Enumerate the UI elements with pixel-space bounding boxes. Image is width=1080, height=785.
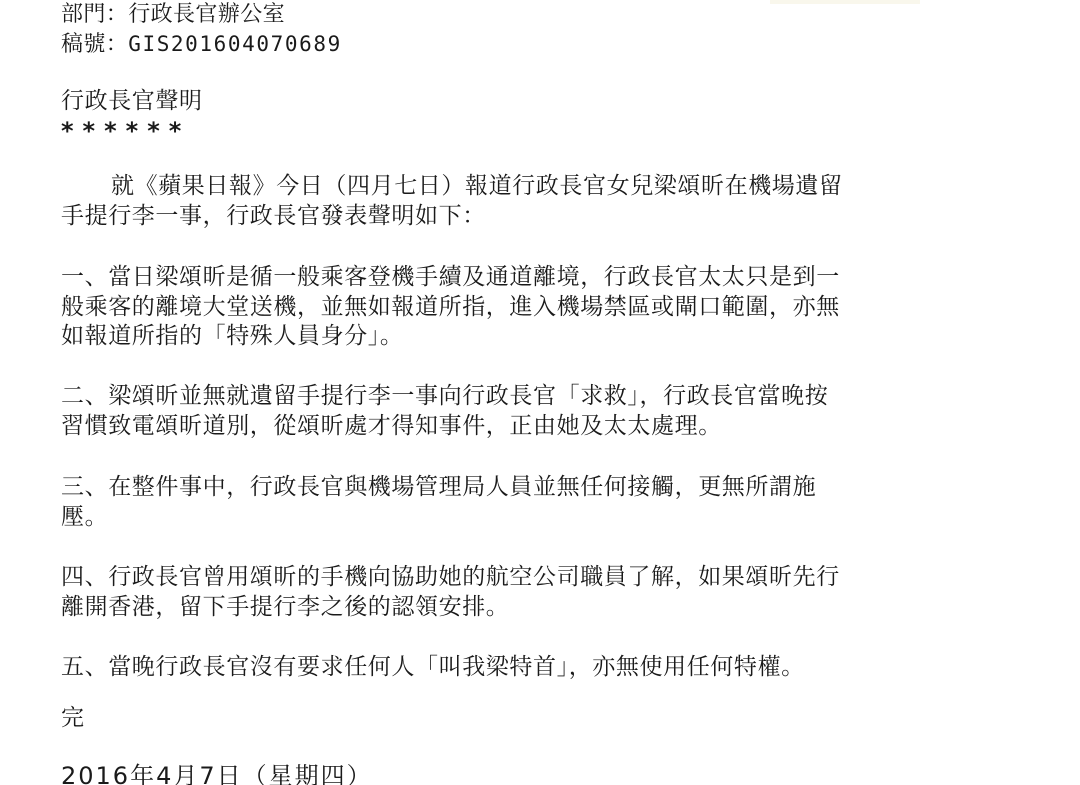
reference-label: 稿號： bbox=[61, 32, 128, 57]
end-mark: 完 bbox=[61, 704, 85, 732]
reference-number: GIS201604070689 bbox=[128, 32, 342, 56]
point-2-line-2: 習慣致電頌昕道別，從頌昕處才得知事件，正由她及太太處理。 bbox=[61, 412, 722, 440]
department-label: 部門： bbox=[61, 2, 128, 27]
intro-line-1: 就《蘋果日報》今日（四月七日）報道行政長官女兒梁頌昕在機場遺留 bbox=[61, 172, 843, 200]
point-3-line-2: 壓。 bbox=[61, 503, 108, 531]
scan-artifact bbox=[770, 0, 920, 4]
separator-stars: ****** bbox=[61, 117, 190, 145]
point-3-line-1: 三、在整件事中，行政長官與機場管理局人員並無任何接觸，更無所謂施 bbox=[61, 473, 816, 501]
point-1-line-1: 一、當日梁頌昕是循一般乘客登機手續及通道離境，行政長官太太只是到一 bbox=[61, 263, 840, 291]
reference-line: 稿號：GIS201604070689 bbox=[61, 30, 342, 59]
point-4-line-1: 四、行政長官曾用頌昕的手機向協助她的航空公司職員了解，如果頌昕先行 bbox=[61, 563, 840, 591]
statement-title: 行政長官聲明 bbox=[61, 87, 203, 115]
point-5-line-1: 五、當晚行政長官沒有要求任何人「叫我梁特首」，亦無使用任何特權。 bbox=[61, 653, 805, 681]
intro-line-2: 手提行李一事，行政長官發表聲明如下： bbox=[61, 202, 486, 230]
department-line: 部門：行政長官辦公室 bbox=[61, 1, 285, 29]
point-4-line-2: 離開香港，留下手提行李之後的認領安排。 bbox=[61, 593, 509, 621]
department-value: 行政長官辦公室 bbox=[128, 2, 285, 27]
point-2-line-1: 二、梁頌昕並無就遺留手提行李一事向行政長官「求救」，行政長官當晚按 bbox=[61, 382, 828, 410]
point-1-line-3: 如報道所指的「特殊人員身分」。 bbox=[61, 322, 404, 350]
point-1-line-2: 般乘客的離境大堂送機，並無如報道所指，進入機場禁區或閘口範圍，亦無 bbox=[61, 293, 840, 321]
release-date: 2016年4月7日（星期四） bbox=[61, 762, 373, 785]
